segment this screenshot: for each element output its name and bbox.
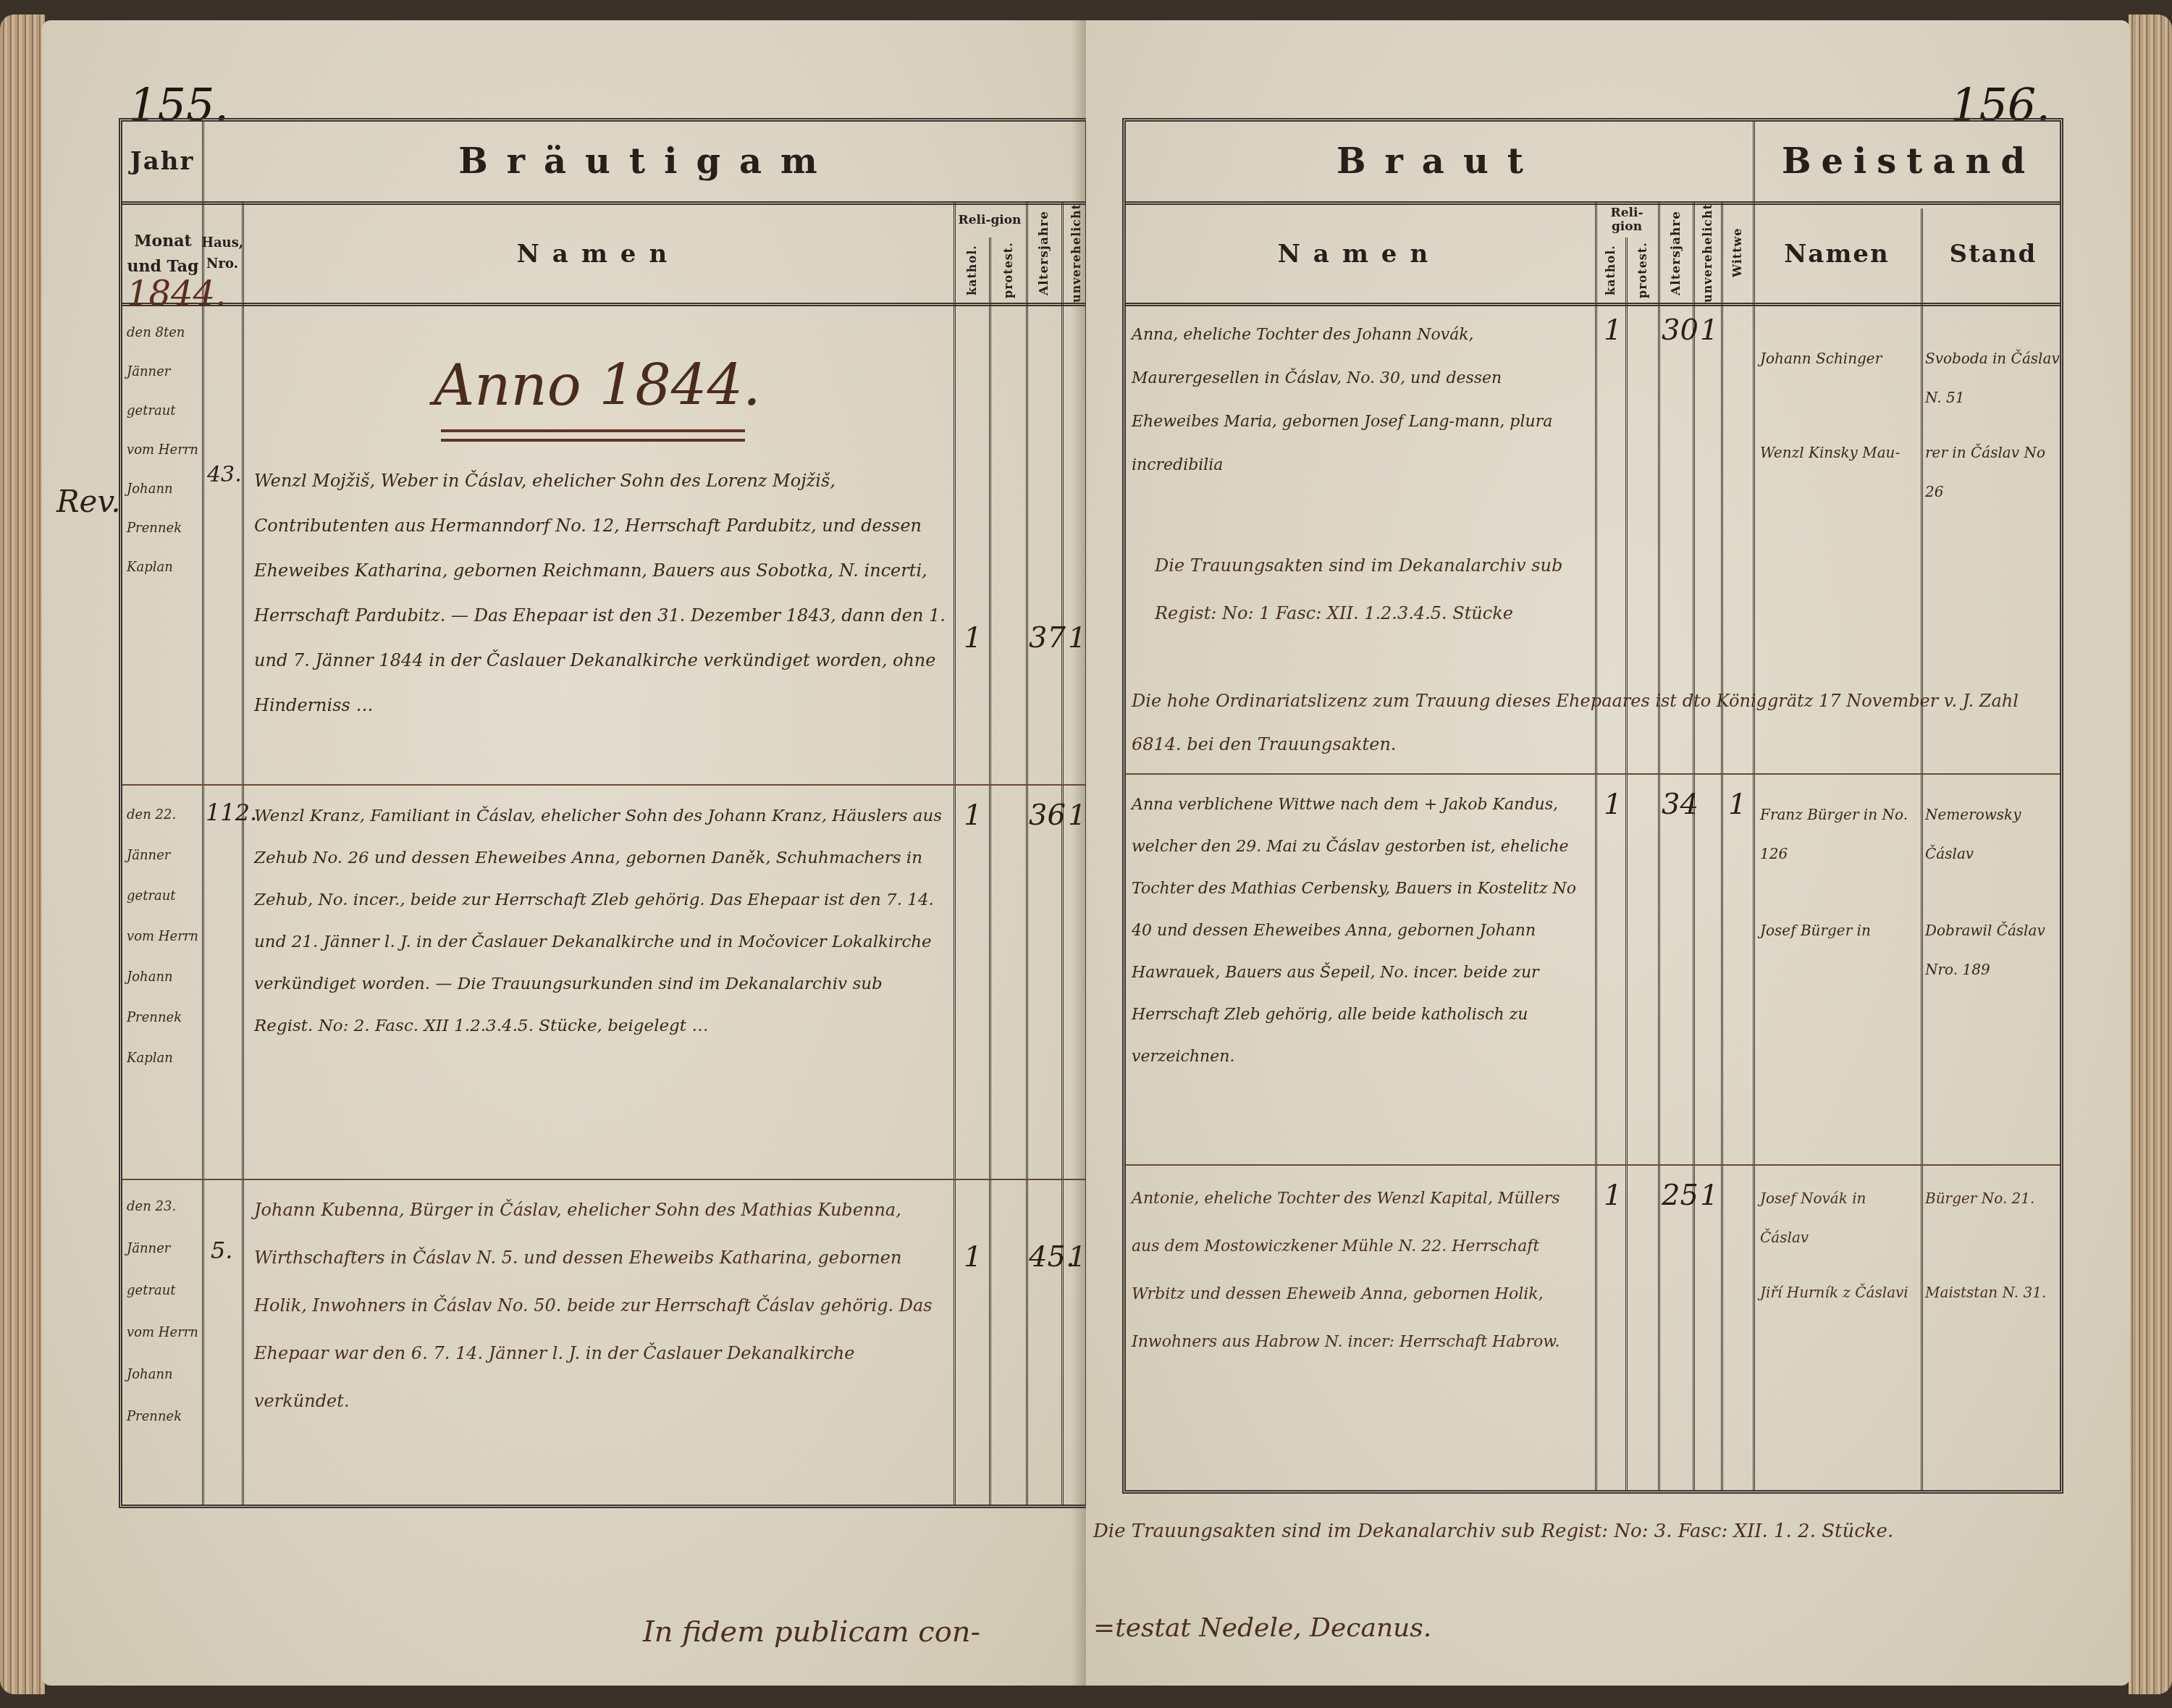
entry-3-bride-text: Antonie, eheliche Tochter des Wenzl Kapi… (1132, 1175, 1592, 1366)
entry-1-groom-text: Wenzl Mojžiš, Weber in Čáslav, ehelicher… (254, 458, 946, 728)
col-divider-protest (989, 237, 991, 1505)
header-jahr: Jahr (122, 122, 202, 201)
header-altersjahre: Altersjahre (1659, 204, 1692, 301)
entry-2-age: 36 (1029, 799, 1066, 832)
header-divider (122, 201, 1085, 205)
entry-3-records-note: Die Trauungsakten sind im Dekanalarchiv … (1093, 1512, 2107, 1551)
entry-1-license-note: Die hohe Ordinariatslizenz zum Trauung d… (1132, 679, 2058, 766)
entry-1-witness-2-stand: rer in Čáslav No 26 (1925, 433, 2063, 511)
right-page: 156. Braut Beistand Namen Reli-gion kath… (1086, 20, 2130, 1686)
header-beistand-stand: Stand (1922, 207, 2064, 301)
year-written-1844: 1844. (127, 274, 226, 314)
header-namen: Namen (245, 207, 951, 301)
entry-1-kathol: 1 (964, 621, 982, 655)
col-divider-religion (954, 201, 956, 1505)
entry-3-witness-1-stand: Bürger No. 21. (1925, 1179, 2063, 1218)
entry-divider-2 (122, 1179, 1085, 1180)
entry-3-groom-text: Johann Kubenna, Bürger in Čáslav, ehelic… (254, 1186, 946, 1425)
header-brautigam: Bräutigam (202, 122, 1093, 201)
entry-3-witness-1-name: Josef Novák in Čáslav (1760, 1179, 1918, 1257)
col-divider-unmarried (1061, 201, 1064, 1505)
entry-3-age: 25 (1662, 1179, 1699, 1212)
header-protest: protest. (991, 239, 1024, 301)
header-kathol: kathol. (1596, 239, 1624, 301)
header-beistand: Beistand (1753, 122, 2064, 201)
margin-note-rev: Rev. (56, 484, 121, 519)
col-divider-unmarried (1693, 201, 1695, 1490)
bride-table-frame: Braut Beistand Namen Reli-gion kathol. p… (1122, 118, 2063, 1494)
entry-1-kathol: 1 (1604, 314, 1622, 347)
entry-2-witness-2-stand: Dobrawil Čáslav Nro. 189 (1925, 911, 2063, 989)
entry-1-witness-1-stand: Svoboda in Čáslav N. 51 (1925, 339, 2063, 417)
closing-in-fidem: In fidem publicam con- (643, 1610, 980, 1654)
entry-2-bride-text: Anna verblichene Wittwe nach dem + Jakob… (1132, 784, 1592, 1078)
entry-1-unverehelicht: 1 (1700, 314, 1718, 347)
col-divider-date (202, 122, 204, 1505)
header-beistand-namen: Namen (1754, 207, 1919, 301)
entry-divider-2 (1126, 1164, 2060, 1166)
book-page-edges-left (0, 14, 45, 1694)
closing-testat-signature: =testat Nedele, Decanus. (1093, 1606, 1431, 1651)
header-religion: Reli-gion (1596, 203, 1657, 237)
col-divider-house (242, 201, 244, 1505)
header-bottom-rule (122, 303, 1085, 306)
entry-1-witness-2-name: Wenzl Kinsky Mau- (1760, 433, 1918, 472)
entry-2-kathol: 1 (1604, 788, 1622, 821)
entry-1-witness-1-name: Johann Schinger (1760, 339, 1918, 378)
col-divider-age (1026, 201, 1028, 1505)
entry-2-witness-1-name: Franz Bürger in No. 126 (1760, 795, 1918, 873)
entry-3-kathol: 1 (1604, 1179, 1622, 1212)
entry-divider-1 (1126, 773, 2060, 775)
entry-2-witness-1-stand: Nemerowsky Čáslav (1925, 795, 2063, 873)
entry-1-age: 30 (1662, 314, 1699, 347)
col-divider-age (1658, 201, 1660, 1490)
entry-2-witness-2-name: Josef Bürger in (1760, 911, 1918, 950)
col-divider-stand (1921, 209, 1923, 1490)
header-divider (1126, 201, 2060, 205)
entry-3-house-no: 5. (211, 1237, 233, 1264)
header-protest: protest. (1627, 239, 1657, 301)
entry-3-kathol: 1 (964, 1240, 982, 1274)
col-divider-religion (1595, 201, 1597, 1490)
entry-1-age: 37 (1029, 621, 1066, 655)
book-page-edges-right (2129, 14, 2172, 1694)
anno-1844-heading: Anno 1844. (434, 353, 761, 418)
anno-underline (441, 429, 745, 432)
entry-1-date: den 8ten Jänner getraut vom Herrn Johann… (127, 314, 202, 587)
header-namen: Namen (1126, 207, 1593, 301)
entry-2-house-no: 112. (206, 799, 257, 826)
groom-table-frame: Jahr Bräutigam Monat und Tag Haus, Nro. … (119, 118, 1089, 1508)
header-altersjahre: Altersjahre (1027, 204, 1061, 301)
entry-3-witness-2-stand: Maiststan N. 31. (1925, 1273, 2063, 1312)
header-unverehelicht: unverehelicht (1694, 204, 1720, 301)
entry-2-kathol: 1 (964, 799, 982, 832)
entry-1-bride-text: Anna, eheliche Tochter des Johann Novák,… (1132, 314, 1592, 487)
entry-3-unverehelicht: 1 (1700, 1179, 1718, 1212)
entry-2-groom-text: Wenzl Kranz, Familiant in Čáslav, ehelic… (254, 795, 946, 1047)
header-bottom-rule (1126, 303, 2060, 306)
entry-2-date: den 22. Jänner getraut vom Herrn Johann … (127, 795, 202, 1079)
header-braut: Braut (1126, 122, 1753, 201)
entry-divider-1 (122, 784, 1085, 786)
entry-3-witness-2-name: Jiří Hurník z Čáslavi (1760, 1273, 1918, 1312)
entry-2-age: 34 (1662, 788, 1699, 821)
entry-1-house-no: 43. (207, 462, 242, 487)
header-wittwe: Wittwe (1722, 204, 1751, 301)
col-divider-beistand (1753, 122, 1755, 1490)
col-divider-protest (1625, 237, 1628, 1490)
anno-underline-2 (441, 439, 745, 442)
left-page: 155. Rev. Jahr Bräutigam Monat und Tag H… (42, 20, 1086, 1686)
entry-2-wittwe: 1 (1728, 788, 1746, 821)
entry-1-records-note: Die Trauungsakten sind im Dekanalarchiv … (1155, 542, 1589, 637)
open-register-book: 155. Rev. Jahr Bräutigam Monat und Tag H… (0, 0, 2172, 1708)
entry-3-date: den 23. Jänner getraut vom Herrn Johann … (127, 1186, 202, 1438)
col-divider-widow (1721, 201, 1723, 1490)
header-kathol: kathol. (956, 239, 987, 301)
header-religion: Reli-gion (955, 203, 1024, 237)
